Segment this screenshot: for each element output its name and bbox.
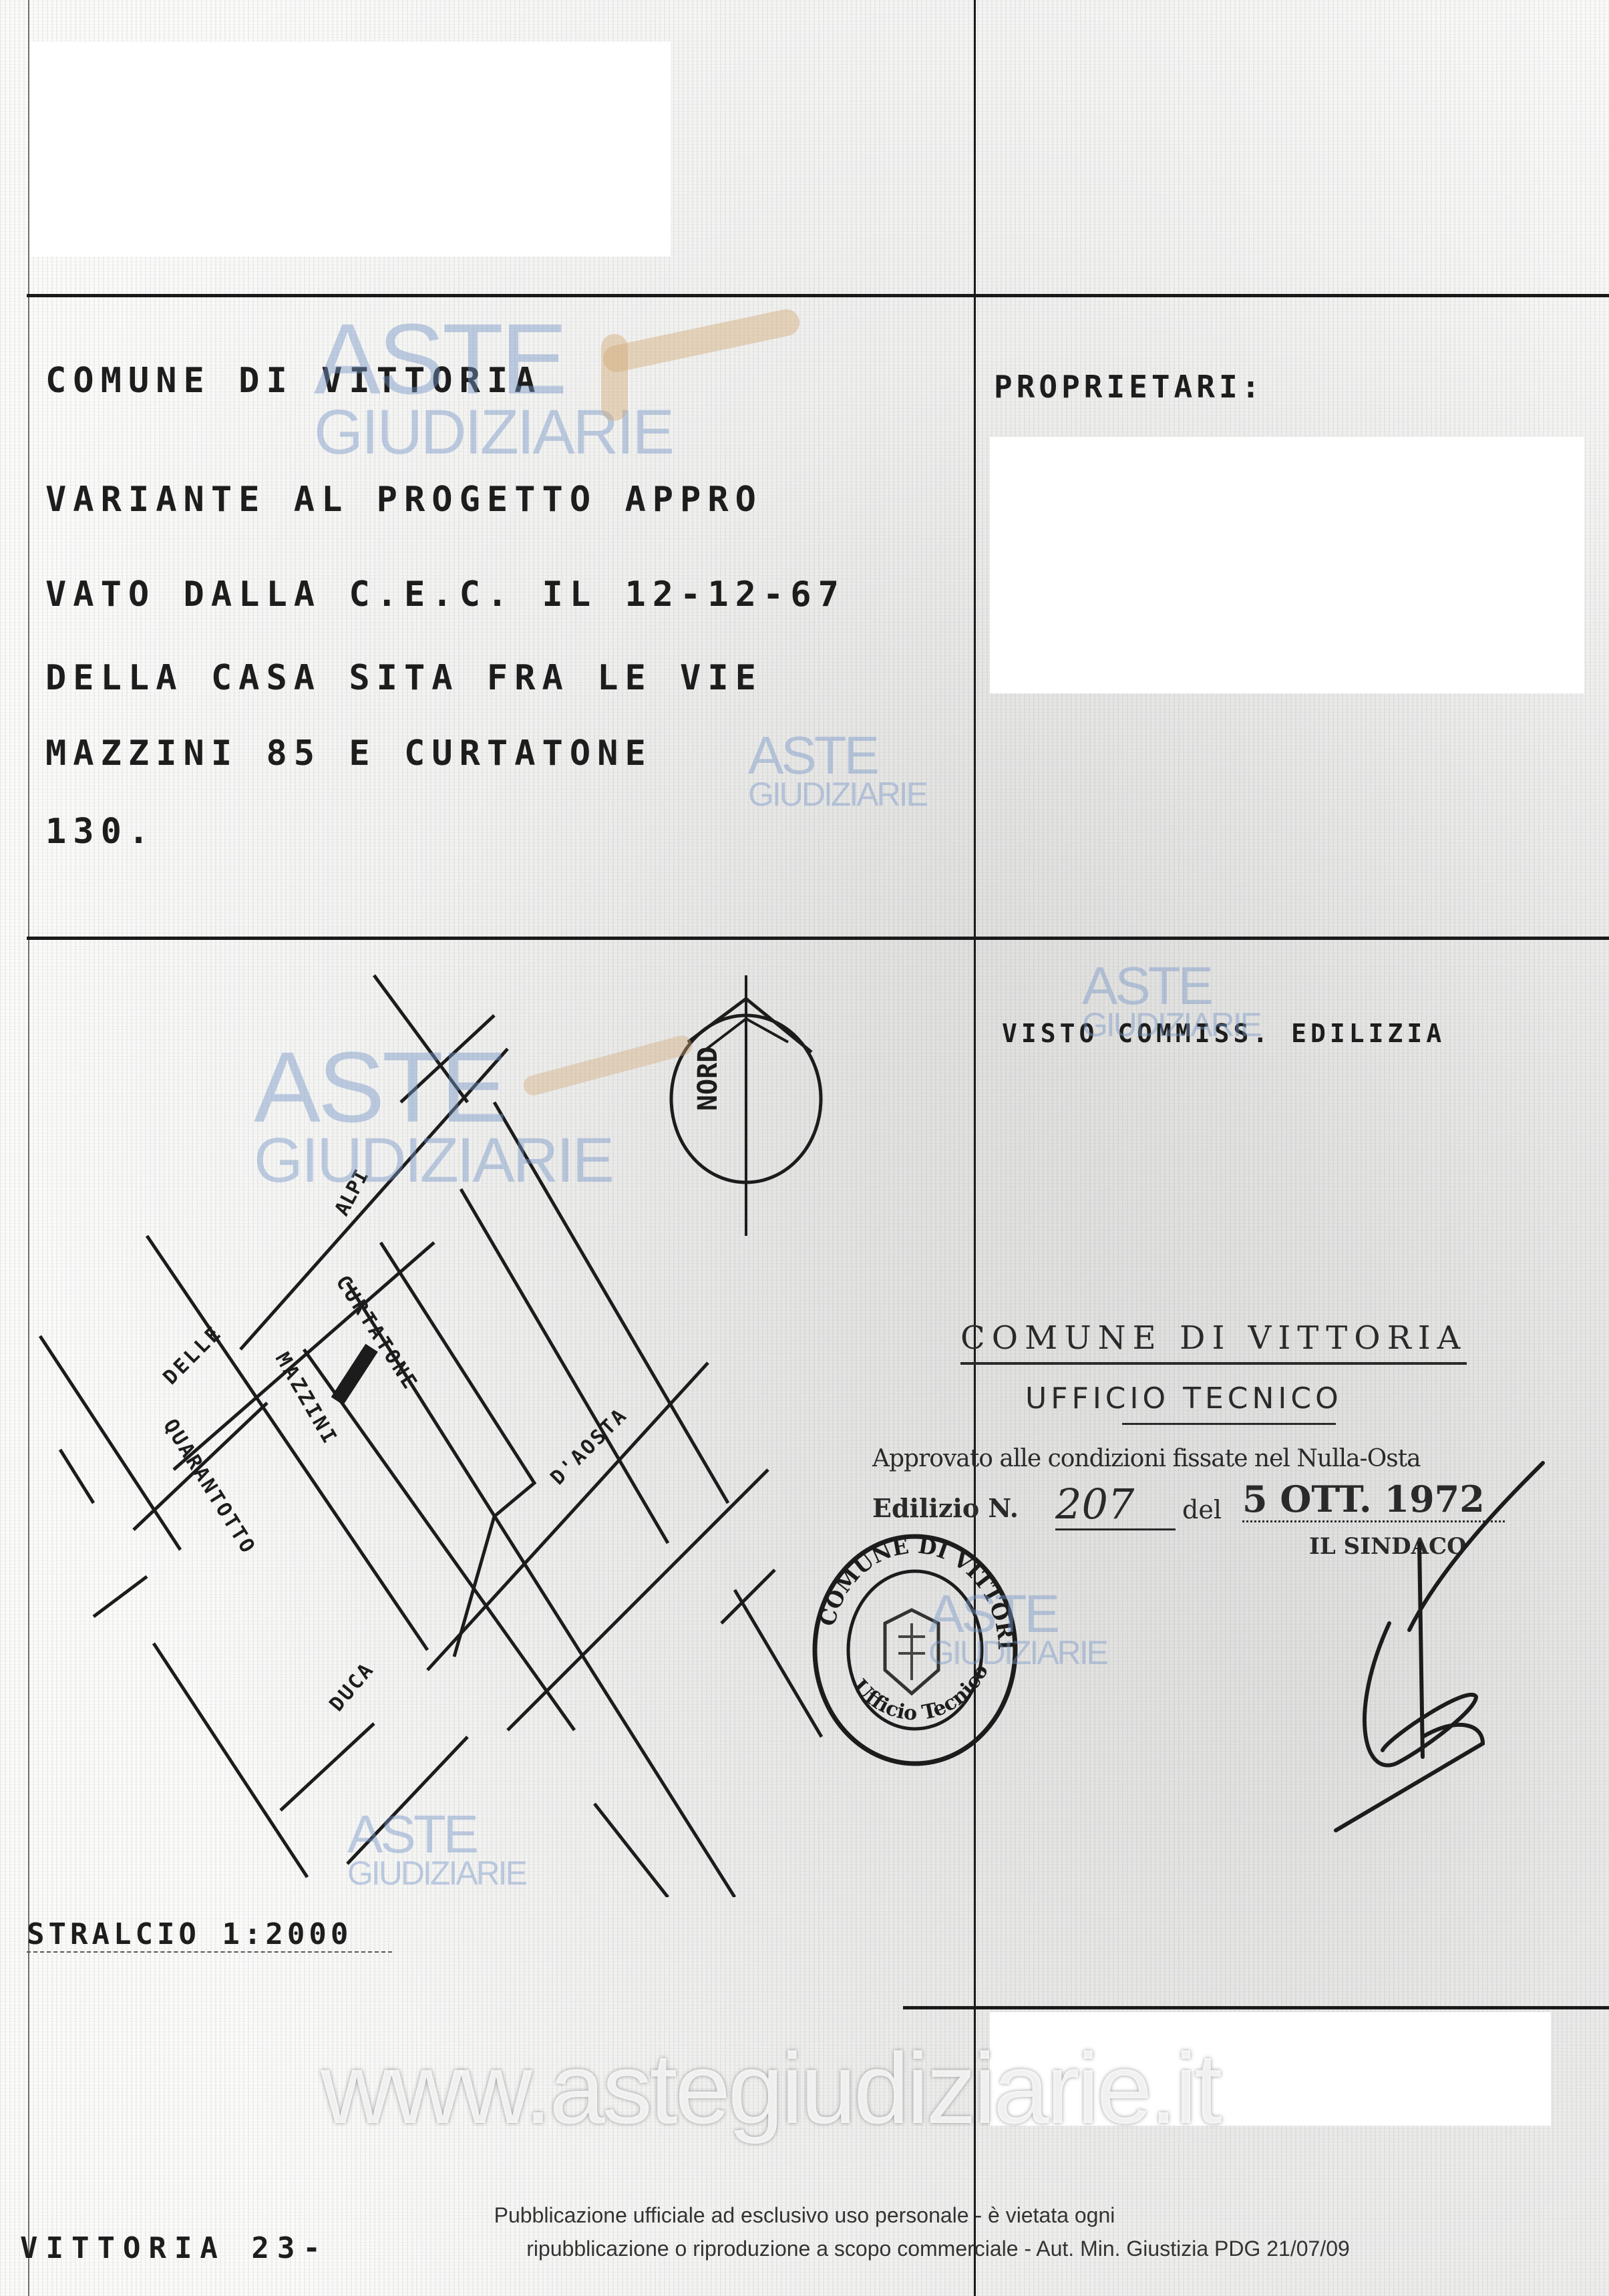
permit-number: 207 bbox=[1055, 1480, 1176, 1530]
watermark-aste-2: ASTE GIUDIZIARIE bbox=[748, 731, 926, 810]
divider-top bbox=[27, 294, 1609, 297]
divider-vertical bbox=[974, 0, 976, 2296]
svg-text:Ufficio Tecnico: Ufficio Tecnico bbox=[848, 1661, 993, 1726]
description-line-3: DELLA CASA SITA FRA LE VIE bbox=[45, 658, 763, 698]
building-marker bbox=[331, 1344, 378, 1406]
redacted-owners-box bbox=[990, 437, 1584, 693]
stamp-municipality: COMUNE DI VITTORIA bbox=[960, 1319, 1467, 1365]
redacted-header-box bbox=[29, 41, 671, 257]
north-label: NORD bbox=[693, 1047, 723, 1111]
site-map bbox=[0, 949, 868, 1897]
signature-icon bbox=[1309, 1456, 1563, 1857]
date-prefix: del bbox=[1182, 1495, 1222, 1524]
divider-lower-right bbox=[903, 2006, 1609, 2009]
description-line-2: VATO DALLA C.E.C. IL 12-12-67 bbox=[45, 575, 846, 615]
owners-label: PROPRIETARI: bbox=[994, 369, 1264, 405]
permit-prefix: Edilizio N. bbox=[872, 1493, 1019, 1523]
stamp-office-underline bbox=[1122, 1423, 1336, 1425]
gavel-watermark-icon bbox=[601, 334, 628, 421]
stamp-office: UFFICIO TECNICO bbox=[1025, 1381, 1343, 1416]
footer-notice-line-1: Pubblicazione ufficiale ad esclusivo uso… bbox=[0, 2203, 1609, 2228]
municipality-title: COMUNE DI VITTORIA bbox=[45, 361, 542, 401]
seal-inner-text: Ufficio Tecnico bbox=[848, 1661, 993, 1726]
footer-notice-line-2: ripubblicazione o riproduzione a scopo c… bbox=[134, 2237, 1609, 2261]
description-line-1: VARIANTE AL PROGETTO APPRO bbox=[45, 480, 763, 520]
divider-middle bbox=[27, 937, 1609, 940]
redacted-bottom-box bbox=[990, 2012, 1551, 2126]
description-line-5: 130. bbox=[45, 812, 156, 852]
gavel-watermark-icon bbox=[600, 307, 802, 374]
map-scale-label: STRALCIO 1:2000 bbox=[27, 1917, 392, 1953]
commission-label: VISTO COMMISS. EDILIZIA bbox=[1002, 1019, 1445, 1048]
description-line-4: MAZZINI 85 E CURTATONE bbox=[45, 733, 653, 774]
